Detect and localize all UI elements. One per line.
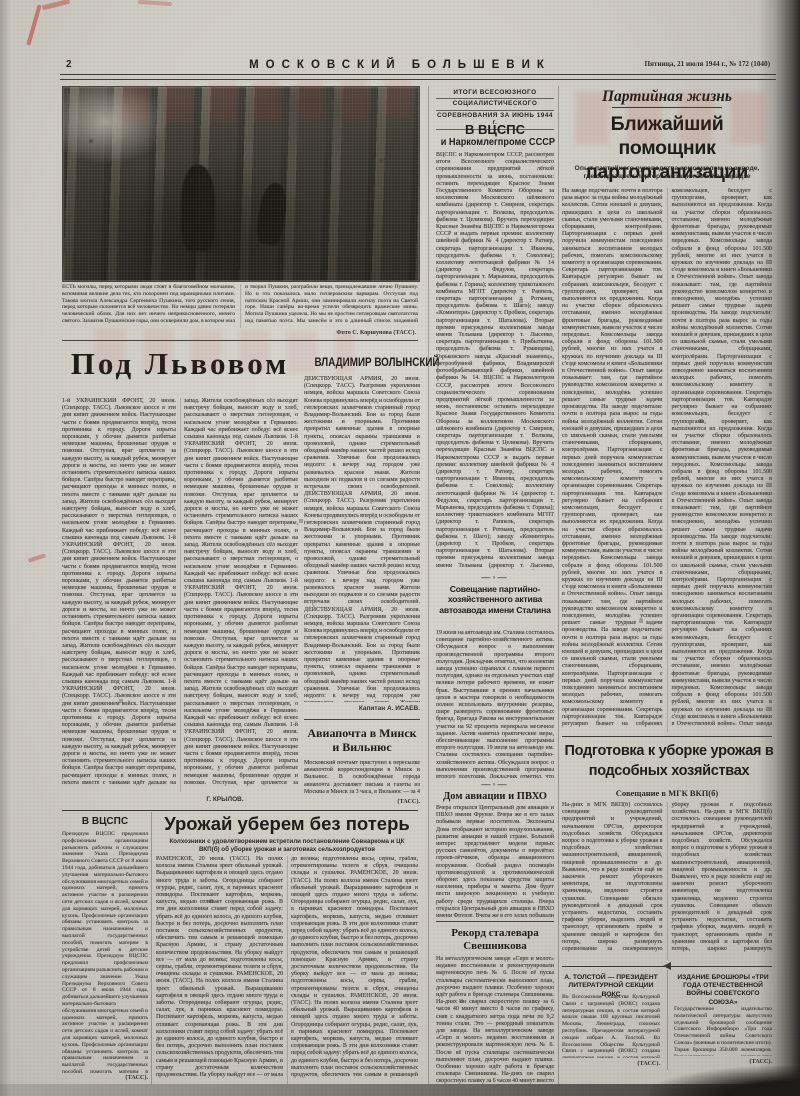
pod-lvovom-title: Под Львовом xyxy=(62,346,298,382)
ornament-divider: —◦— xyxy=(436,572,554,582)
red-pen-mark xyxy=(42,0,70,10)
podgotovka-body: На-днях в МГК ВКП(б) состоялось совещани… xyxy=(562,802,772,960)
column-rule xyxy=(667,970,668,1070)
vladimir-body: ДЕЙСТВУЮЩАЯ АРМИЯ, 20 июля. (Спецкорр. Т… xyxy=(304,376,420,702)
kicker-flourish xyxy=(612,107,722,108)
ornament-divider: —◦— xyxy=(436,779,554,789)
paper-specks xyxy=(0,0,2,2)
page-number: 2 xyxy=(66,59,72,70)
column-rule xyxy=(428,86,429,1084)
soveshchanie-body: 19 июля на автозаводе им. Сталина состоя… xyxy=(436,630,554,778)
tolstoy-tag: (ТАСС). xyxy=(562,1060,660,1068)
urozhay-title: Урожай уберем без потерь xyxy=(156,813,418,835)
urozhay-subtitle: Колхозники с удовлетворением встретили п… xyxy=(160,838,414,853)
vladimir-signature: Капитан А. ИСАЕВ. xyxy=(304,705,420,713)
izdanie-title: ИЗДАНИЕ БРОШЮРЫ «ТРИ ГОДА ОТЕЧЕСТВЕННОЙ … xyxy=(674,974,772,1007)
aviapochta-tag: (ТАСС). xyxy=(304,798,420,806)
dom-aviacii-title: Дом авиации и ПВХО xyxy=(436,791,554,802)
section-rule-right xyxy=(562,736,772,737)
aviapochta-title: Авиапочта в Минск и Вильнюс xyxy=(304,726,420,754)
partiynaya-body: На заводе подсчитали: почти в полтора ра… xyxy=(562,188,772,732)
itogi-title-1: В ВЦСПС xyxy=(436,122,554,137)
dom-aviacii-body: Вчера открылся Центральный дом авиации и… xyxy=(436,805,554,917)
masthead-rule xyxy=(60,74,776,80)
aviapochta-body: Московский почтамт приступил к пересылке… xyxy=(304,760,420,796)
vcsps-tag: (ТАСС). xyxy=(62,1074,148,1082)
rule xyxy=(304,719,420,720)
photo-credit: Фото С. Коршунова (ТАСС). xyxy=(240,329,416,337)
rekord-title: Рекорд сталевара Свешникова xyxy=(436,927,554,952)
rekord-body: На металлургическом заводе «Серп и молот… xyxy=(436,956,554,1084)
column-rule xyxy=(151,812,152,1084)
itogi-kicker-line-2: СОЦИАЛИСТИЧЕСКОГО xyxy=(436,99,554,110)
dateline: Пятница, 21 июля 1944 г., № 172 (1040) xyxy=(644,60,770,68)
photo-caption: ЕСТЬ могилы, перед которыми люди стоят в… xyxy=(62,284,418,328)
itogi-body: ВЦСПС и Наркомлегпром СССР, рассмотрев и… xyxy=(436,152,554,570)
izdanie-body: Государственное издательство политическо… xyxy=(674,1006,772,1056)
partiynaya-kicker: Партийная жизнь xyxy=(562,88,772,106)
scan-corner-dark xyxy=(650,1066,800,1096)
arrow-divider xyxy=(562,966,772,967)
arrow-icon xyxy=(659,962,671,970)
urozhay-body: РАМЕНСКОЕ, 20 июля. (ТАСС). На полях кол… xyxy=(156,856,418,1084)
izdanie-tag: (ТАСС). xyxy=(674,1058,772,1066)
podgotovka-subtitle: Совещание в МГК ВКП(б) xyxy=(562,788,772,798)
column-rule xyxy=(558,86,559,1084)
halftone-overlay xyxy=(63,87,419,281)
newspaper-page: 2 МОСКОВСКИЙ БОЛЬШЕВИК Пятница, 21 июля … xyxy=(0,0,800,1096)
tolstoy-body: Во Всесоюзном Обществе Культурной Связи … xyxy=(562,994,660,1058)
photo-sappers-at-pushkin-grave xyxy=(62,86,420,282)
rule xyxy=(436,921,554,922)
vladimir-title: ВЛАДИМИР ВОЛЫНСКИЙ xyxy=(314,355,409,369)
red-pen-mark xyxy=(138,0,172,6)
pod-lvovom-body: 1-й УКРАИНСКИЙ ФРОНТ, 20 июля. (Спецкорр… xyxy=(62,398,298,792)
red-pen-mark xyxy=(26,4,41,45)
vcsps-body: Президиум ВЦСПС предложил профсоюзным ор… xyxy=(62,831,148,1073)
masthead-title: МОСКОВСКИЙ БОЛЬШЕВИК xyxy=(120,59,680,71)
soveshchanie-title: Совещание партийно-хозяйственного актива… xyxy=(436,584,554,615)
red-pen-mark xyxy=(28,553,46,562)
partiynaya-subtitle: Опыт партийного руководства комсомолом н… xyxy=(570,165,764,182)
itogi-title-2: и Наркомлегпроме СССР xyxy=(441,137,550,148)
scan-edge-shadow-left xyxy=(0,0,10,1096)
pod-lvovom-signature: Г. КРЫЛОВ. xyxy=(160,796,290,804)
vcsps-title: В ВЦСПС xyxy=(62,816,148,827)
podgotovka-title: Подготовка к уборке урожая в подсобных х… xyxy=(562,741,776,781)
scan-edge-shadow-bottom xyxy=(0,1084,800,1096)
section-rule-left xyxy=(62,810,418,811)
itogi-kicker-line-1: ИТОГИ ВСЕСОЮЗНОГО xyxy=(436,88,554,99)
rule-under-photo xyxy=(62,340,418,341)
